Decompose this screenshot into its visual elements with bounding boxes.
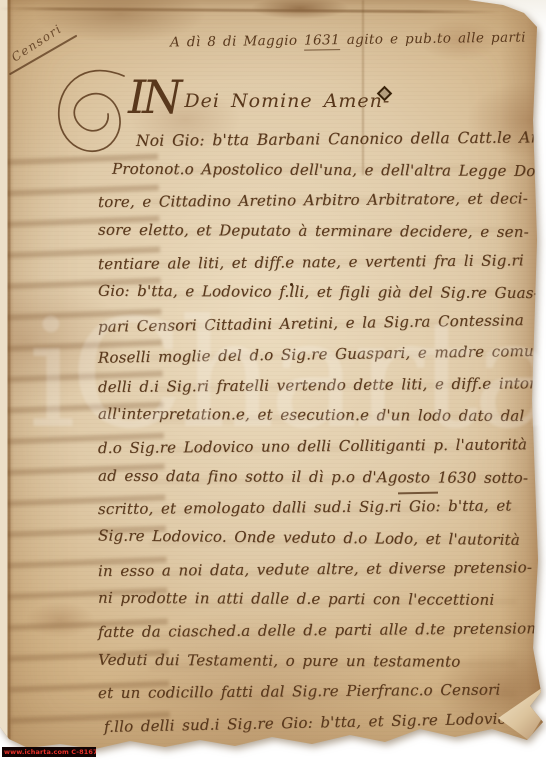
manuscript-line: ad esso data fino sotto il dì p.o d'Agos… [98,466,546,499]
manuscript-page: Censori A dì 8 di Maggio 1631 agito e pu… [0,0,546,760]
top-fold-crease [0,7,546,14]
worn-left-edge [0,0,14,760]
manuscript-line: tentiare ale liti, et diff.e nate, e ver… [98,251,546,286]
heading-text: Dei Nomine Amen- [184,90,390,112]
date-line: A dì 8 di Maggio 1631 agito e pub.to all… [170,30,526,51]
manuscript-line: Protonot.o Apostolico dell'una, e dell'a… [112,159,546,192]
watermark-url-strip: www.icharta.com C-816711 [2,747,96,757]
manuscript-line: sore eletto, et Deputato à terminare dec… [98,221,546,254]
date-prefix: A dì 8 di Maggio [170,33,304,51]
manuscript-line: f.llo delli sud.i Sig.re Gio: b'tta, et … [104,708,546,749]
manuscript-line: ni prodotte in atti dalle d.e parti con … [98,589,546,622]
heading-initial: IN [128,70,178,124]
manuscript-line: delli d.i Sig.ri fratelli vertendo dette… [98,373,546,408]
date-suffix: agito e pub.to alle parti [340,30,526,49]
manuscript-line: Gio: b'tta, e Lodovico f.lli, et figli g… [98,282,546,315]
manuscript-line: tore, e Cittadino Aretino Arbitro Arbitr… [98,189,546,224]
manuscript-line: scritto, et emologato dalli sud.i Sig.ri… [98,496,546,531]
scan-background: Censori A dì 8 di Maggio 1631 agito e pu… [0,0,546,760]
manuscript-line: Roselli moglie del d.o Sig.re Guaspari, … [98,341,546,379]
invocation-heading: INDei Nomine Amen- [128,70,384,124]
manuscript-line: in esso a noi data, vedute altre, et div… [98,558,546,593]
manuscript-line: Noi Gio: b'tta Barbani Canonico della Ca… [136,128,546,163]
manuscript-line: d.o Sig.re Lodovico uno delli Collitigan… [98,435,546,470]
date-year: 1631 [304,32,340,51]
ink-dot [290,283,293,286]
manuscript-line: Sig.re Lodovico. Onde veduto d.o Lodo, e… [98,526,546,562]
manuscript-line: fatte da ciasched.a delle d.e parti alle… [98,619,546,654]
manuscript-line: all'interpretation.e, et esecution.e d'u… [98,405,546,438]
manuscript-page-wrap: Censori A dì 8 di Maggio 1631 agito e pu… [0,0,546,760]
manuscript-line: Veduti dui Testamenti, o pure un testame… [98,650,546,683]
manuscript-body: Noi Gio: b'tta Barbani Canonico della Ca… [92,130,546,744]
